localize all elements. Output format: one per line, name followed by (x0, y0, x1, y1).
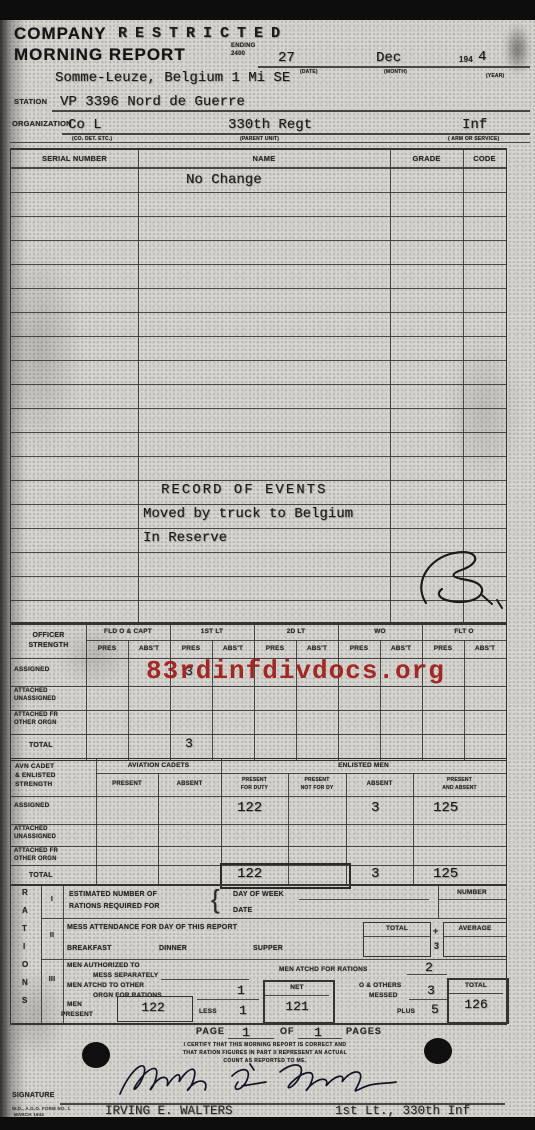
men-present-value: 122 (118, 1000, 188, 1015)
mess-separately-label: MESS SEPARATELY (93, 972, 158, 979)
scan-top-edge (0, 0, 535, 20)
officer-row-att-fr: ATTACHED FR (14, 712, 58, 718)
station-location: Somme-Leuze, Belgium 1 Mi SE (55, 70, 290, 86)
group-aviation-cadets: AVIATION CADETS (96, 762, 221, 769)
col-cadet-present: PRESENT (96, 781, 158, 787)
officer-label1: OFFICER (11, 632, 86, 639)
officer-row-att-fr2: OTHER ORGN (14, 720, 57, 726)
divide-by-3: 3 (434, 941, 439, 951)
rations-letter: O (22, 960, 28, 969)
others-messed-value: 3 (427, 983, 435, 998)
enlisted-row-assigned: ASSIGNED (14, 802, 50, 809)
col-em-absent: ABSENT (346, 781, 413, 787)
year-sublabel: (YEAR) (486, 73, 504, 79)
plus-label: PLUS (397, 1008, 415, 1015)
men-atchd-rations-value: 2 (425, 960, 433, 975)
enlisted-label2: & ENLISTED (15, 772, 56, 779)
enlisted-row-att-unasg: ATTACHED (14, 826, 48, 832)
rations-letter: I (23, 942, 25, 951)
of-label: OF (280, 1026, 295, 1036)
net-box: NET 121 (263, 980, 335, 1024)
form-title-line1: COMPANY (14, 24, 107, 44)
assigned-pfd: 122 (237, 800, 262, 816)
station-value: VP 3396 Nord de Guerre (60, 94, 245, 110)
mess-total-box: TOTAL (363, 922, 431, 957)
enlisted-row-att-unasg2: UNASSIGNED (14, 834, 56, 840)
form-number: W.D., A.G.O. FORM NO. 1 (12, 1106, 70, 1111)
page-number: 1 (242, 1025, 250, 1040)
officer-sub-abst: ABS'T (296, 645, 338, 652)
grand-total-box: TOTAL 126 (447, 978, 509, 1024)
officer-sub-pres: PRES (170, 645, 212, 652)
men-atchd-rations-label: MEN ATCHD FOR RATIONS (279, 966, 368, 973)
number-box-label: NUMBER (438, 889, 506, 896)
rations-part-i: I (41, 896, 63, 903)
plus-value: 5 (431, 1002, 439, 1017)
report-month: Dec (376, 50, 401, 66)
rations-letter: A (22, 906, 28, 915)
col-pnfd1: PRESENT (288, 777, 346, 783)
others-messed-label2: MESSED (369, 992, 398, 999)
signature-label: SIGNATURE (12, 1092, 55, 1099)
officer-sub-pres: PRES (338, 645, 380, 652)
roster-col-grade: GRADE (390, 154, 463, 163)
officer-sub-pres: PRES (254, 645, 296, 652)
form-number-date: MARCH 1944 (14, 1112, 44, 1117)
assigned-absent: 3 (371, 800, 379, 816)
handwritten-initials (412, 545, 524, 617)
divide-sign: + (433, 926, 438, 936)
events-line1: Moved by truck to Belgium (143, 506, 353, 522)
supper-label: SUPPER (253, 945, 283, 952)
breakfast-label: BREAKFAST (67, 945, 112, 952)
events-title: RECORD OF EVENTS (161, 482, 327, 498)
average-label: AVERAGE (444, 925, 506, 932)
grand-total-value: 126 (449, 997, 503, 1012)
men-authorized-label: MEN AUTHORIZED TO (67, 962, 140, 969)
ending-label: ENDING (231, 43, 256, 49)
events-line2: In Reserve (143, 530, 227, 546)
rations-part-iii: III (41, 976, 63, 983)
col-pa2: AND ABSENT (413, 785, 506, 791)
report-year: 4 (478, 49, 486, 65)
roster-col-name: NAME (138, 154, 390, 163)
officer-grp-wo: WO (338, 628, 422, 635)
pages-total: 1 (314, 1025, 322, 1040)
col-cadet-absent: ABSENT (158, 781, 221, 787)
est-rations-line1: ESTIMATED NUMBER OF (69, 891, 157, 898)
restricted-stamp: RESTRICTED (118, 25, 288, 42)
signed-name-typed: IRVING E. WALTERS (105, 1104, 233, 1118)
officer-grp-1stlt: 1ST LT (170, 628, 254, 635)
signed-grade-typed: 1st Lt., 330th Inf (335, 1104, 470, 1118)
men-present-label2: PRESENT (61, 1011, 93, 1018)
ending-time: 2400 (231, 51, 245, 57)
officer-row-att-unasg: ATTACHED (14, 688, 48, 694)
rations-part-ii: II (41, 932, 63, 939)
less-value: 1 (239, 1003, 247, 1018)
atchd-other-label1: MEN ATCHD TO OTHER (67, 982, 144, 989)
officer-sub-pres: PRES (422, 645, 464, 652)
enlisted-label1: AVN CADET (15, 763, 54, 770)
officer-row-assigned: ASSIGNED (14, 666, 50, 673)
date-field-label: DATE (233, 907, 252, 914)
punch-hole-right (424, 1038, 452, 1064)
atchd-other-value: 1 (237, 983, 245, 998)
watermark: 83rdinfdivdocs.org (146, 656, 445, 686)
form-title-line2: MORNING REPORT (14, 45, 186, 65)
officer-sub-abst: ABS'T (380, 645, 422, 652)
roster-col-code: CODE (463, 154, 506, 163)
parent-unit: 330th Regt (228, 117, 312, 133)
col-pfd1: PRESENT (221, 777, 288, 783)
net-label: NET (265, 984, 329, 991)
officer-sub-abst: ABS'T (128, 645, 170, 652)
station-label: STATION (14, 97, 47, 106)
officer-sub-abst: ABS'T (464, 645, 506, 652)
mess-total-label: TOTAL (364, 925, 430, 932)
day-of-week-label: DAY OF WEEK (233, 891, 284, 898)
officer-row-att-unasg2: UNASSIGNED (14, 696, 56, 702)
others-messed-label1: O & OTHERS (359, 982, 401, 989)
arm-service: Inf (462, 117, 487, 133)
rations-letter: R (22, 888, 28, 897)
officer-total-1stlt-pres: 3 (185, 736, 193, 751)
report-day: 27 (278, 50, 295, 66)
men-present-box: 122 (117, 996, 193, 1022)
net-value: 121 (265, 999, 329, 1014)
officer-grp-flto: FLT O (422, 628, 506, 635)
enlisted-row-att-fr: ATTACHED FR (14, 848, 58, 854)
assigned-pa: 125 (433, 800, 458, 816)
pages-label: PAGES (346, 1026, 382, 1036)
scan-bottom-edge (0, 1117, 535, 1130)
col-pnfd2: NOT FOR DY (288, 785, 346, 791)
officer-sub-pres: PRES (86, 645, 128, 652)
men-present-label1: MEN (67, 1001, 82, 1008)
enlisted-row-att-fr2: OTHER ORGN (14, 856, 57, 862)
organization-unit: Co L (68, 117, 102, 133)
grand-total-label: TOTAL (449, 982, 503, 989)
est-rations-line2: RATIONS REQUIRED FOR (69, 903, 160, 910)
morning-report-scan: COMPANY RESTRICTED MORNING REPORT ENDING… (0, 0, 535, 1130)
average-box: AVERAGE (443, 922, 507, 957)
dinner-label: DINNER (159, 945, 187, 952)
date-sublabel: (DATE) (300, 69, 318, 75)
roster-entry: No Change (186, 172, 262, 188)
officer-label2: STRENGTH (11, 642, 86, 649)
rations-letter: N (22, 978, 28, 987)
total-absent: 3 (371, 866, 379, 882)
roster-col-serial: SERIAL NUMBER (11, 154, 138, 163)
rations-letter: S (22, 996, 28, 1005)
brace: { (211, 884, 220, 915)
enlisted-strength-table: AVN CADET & ENLISTED STRENGTH AVIATION C… (10, 758, 507, 886)
less-label: LESS (199, 1008, 217, 1015)
officer-strength-table: OFFICER STRENGTH FLD O & CAPT 1ST LT 2D … (10, 622, 507, 761)
enlisted-label3: STRENGTH (15, 781, 52, 788)
rations-letter: T (22, 924, 27, 933)
organization-label: ORGANIZATION (12, 119, 72, 128)
officer-grp-2dlt: 2D LT (254, 628, 338, 635)
officer-row-total: TOTAL (29, 742, 53, 749)
year-prefix: 194 (459, 55, 473, 64)
group-enlisted-men: ENLISTED MEN (221, 762, 506, 769)
total-pa: 125 (433, 866, 458, 882)
punch-hole-left (82, 1042, 110, 1068)
handwritten-signature (112, 1052, 402, 1104)
certification-line1: I CERTIFY THAT THIS MORNING REPORT IS CO… (120, 1042, 410, 1048)
month-sublabel: (MONTH) (384, 69, 407, 75)
rations-section: R A T I O N S I II III ESTIMATED NUMBER … (10, 884, 507, 1025)
enlisted-row-total: TOTAL (29, 872, 53, 879)
page-label: PAGE (196, 1026, 225, 1036)
mess-attendance-title: MESS ATTENDANCE FOR DAY OF THIS REPORT (67, 924, 237, 931)
col-pfd2: FOR DUTY (221, 785, 288, 791)
officer-grp-fldo: FLD O & CAPT (86, 628, 170, 635)
officer-sub-abst: ABS'T (212, 645, 254, 652)
total-pfd: 122 (237, 866, 262, 882)
col-pa1: PRESENT (413, 777, 506, 783)
